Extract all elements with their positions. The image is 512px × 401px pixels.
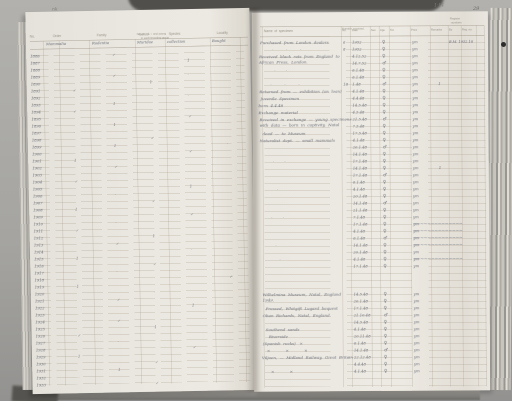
- tick-mark: 1: [192, 303, 194, 308]
- right-ledger-page: Name of specimen Number received. Regist…: [252, 11, 490, 391]
- initial-mark: ym: [413, 159, 419, 164]
- tick-mark: 1: [150, 80, 152, 85]
- date-entry: 20.11.48: [354, 334, 371, 339]
- remark-squiggle: ~~~~~~~~~~~~~~: [413, 256, 462, 261]
- specimen-number: 1929: [36, 355, 46, 360]
- right-corner-label-line1: Register: [450, 17, 460, 20]
- date-entry: 22.12.48: [354, 355, 371, 360]
- pencil-note-top-right: 1·14: [434, 3, 444, 8]
- initial-mark: ym: [412, 82, 418, 87]
- sex-symbol: ♀: [384, 320, 387, 325]
- subheader-entry: Rodentia: [92, 41, 109, 46]
- initial-mark: ym: [413, 194, 419, 199]
- sex-symbol: ♀: [383, 124, 386, 129]
- sex-symbol: ♀: [383, 194, 386, 199]
- date-entry: 4.12.52: [352, 54, 366, 59]
- tick-mark: ·: [188, 72, 189, 77]
- specimen-number: 1901: [32, 159, 42, 164]
- count-entry: 6: [343, 40, 345, 45]
- sex-symbol: ♀: [383, 264, 386, 269]
- date-entry: 4.1.48: [354, 327, 366, 332]
- sex-symbol: ♀: [382, 75, 385, 80]
- specimen-number: 1924: [35, 320, 45, 325]
- entry-note: · ·: [273, 160, 286, 165]
- tick-mark: ✓: [113, 73, 116, 78]
- date-entry: 14.1.48: [354, 348, 368, 353]
- tick-mark: 1: [77, 284, 79, 289]
- date-entry: 1.48: [352, 82, 360, 87]
- specimen-number: 1922: [35, 306, 45, 311]
- initial-mark: ym: [414, 313, 420, 318]
- sex-symbol: ♀: [382, 47, 385, 52]
- date-entry: 20.1.48: [353, 145, 367, 150]
- specimen-number: 1911: [34, 229, 44, 234]
- sex-symbol: ♀: [383, 215, 386, 220]
- initial-mark: ym: [412, 75, 418, 80]
- specimen-number: 1919: [35, 285, 45, 290]
- initial-mark: ym: [414, 334, 420, 339]
- sex-symbol: ♂: [383, 173, 387, 178]
- sex-symbol: ♀: [384, 292, 387, 297]
- column-header: No.: [30, 35, 35, 39]
- tick-mark: 1: [113, 101, 115, 106]
- column-header: Tot.: [390, 29, 394, 32]
- initial-mark: ym: [414, 320, 420, 325]
- initial-mark: ym: [414, 341, 420, 346]
- specimen-number: 1890: [31, 82, 41, 87]
- column-header: Remarks: [431, 29, 442, 32]
- register-number: B.M. 1952.18: [449, 39, 473, 44]
- specimen-number: 1893: [31, 103, 41, 108]
- specimen-number: 1912: [34, 236, 44, 241]
- specimen-number: 1915: [34, 257, 44, 262]
- tick-mark: 1: [75, 207, 77, 212]
- column-header: Locality: [217, 31, 228, 35]
- entry-note: Purchased from London dealers: [260, 40, 329, 45]
- tick-mark: ✓: [117, 297, 120, 302]
- sex-symbol: ♂: [382, 61, 386, 66]
- entry-note: born 4.4.48: [258, 104, 283, 109]
- sex-symbol: ♀: [384, 362, 387, 367]
- entry-note: Wilhelmina Museum, Natal, England: [263, 292, 342, 297]
- column-header: No.: [342, 29, 346, 32]
- tick-mark: ·: [227, 141, 228, 146]
- specimen-number: 1914: [34, 250, 44, 255]
- tick-mark: 1: [153, 234, 155, 239]
- date-entry: 17.5.48: [353, 131, 367, 136]
- left-ledger-page: No. of ♂ & ♀ and young in each breeding …: [25, 8, 256, 394]
- book-spine-shadow: [246, 8, 261, 392]
- sex-symbol: ♀: [382, 40, 385, 45]
- date-entry: 4.1.48: [353, 138, 365, 143]
- initial-mark: ym: [413, 264, 419, 269]
- sex-symbol: ♂: [383, 145, 387, 150]
- column-header: Age: [380, 29, 385, 32]
- tick-mark: ·: [115, 192, 116, 197]
- specimen-number: 1925: [35, 327, 45, 332]
- sex-symbol: ♂: [383, 236, 387, 241]
- date-entry: 17.1.48: [353, 159, 367, 164]
- subheader-entry: Bought: [212, 38, 226, 43]
- initial-mark: ym: [414, 369, 420, 374]
- sex-symbol: ♀: [383, 159, 386, 164]
- sex-symbol: ♀: [383, 208, 386, 213]
- sex-symbol: ♀: [383, 180, 386, 185]
- tick-mark: ✓: [112, 52, 115, 57]
- sex-symbol: ♀: [382, 103, 385, 108]
- specimen-number: 1921: [35, 299, 45, 304]
- specimen-number: 1895: [31, 117, 41, 122]
- specimen-number: 1920: [35, 292, 45, 297]
- entry-note: ·: [275, 244, 276, 249]
- specimen-number: 1904: [33, 180, 43, 185]
- column-header: Date: [352, 29, 358, 32]
- date-entry: 14.1.48: [353, 201, 367, 206]
- tick-mark: ·: [72, 67, 73, 72]
- entry-note: ·: [277, 188, 278, 193]
- sex-symbol: ♀: [383, 257, 386, 262]
- initial-mark: ym: [413, 166, 419, 171]
- column-header: Order: [53, 35, 61, 39]
- tick-mark: ·: [77, 312, 78, 317]
- entry-note: ·: [279, 258, 280, 263]
- tick-mark: ·: [188, 93, 189, 98]
- initial-mark: ym: [412, 47, 418, 52]
- specimen-number: 1926: [36, 334, 46, 339]
- specimen-number: 1892: [31, 96, 41, 101]
- right-row-rules: [261, 35, 487, 386]
- initial-mark: ym: [413, 173, 419, 178]
- date-entry: 21.1.48: [353, 208, 367, 213]
- initial-mark: ym: [412, 110, 418, 115]
- date-entry: 1952: [352, 40, 362, 45]
- tick-mark: 1: [76, 256, 78, 261]
- initial-mark: ym: [413, 145, 419, 150]
- sex-symbol: ♂: [382, 82, 386, 87]
- entry-note: Riverside: [269, 335, 288, 340]
- entry-note: with data — born in captivity, Natal: [260, 123, 340, 128]
- tick-mark: 1: [154, 325, 156, 330]
- tick-mark: ·: [116, 269, 117, 274]
- specimen-number: 1905: [33, 187, 43, 192]
- entry-note: Juvenile Specimen: [260, 96, 299, 101]
- specimen-number: 1899: [32, 145, 42, 150]
- specimen-number: 1888: [30, 68, 40, 73]
- date-entry: 14.5.48: [352, 103, 366, 108]
- tick-mark: ·: [78, 375, 79, 380]
- entry-note: · ·: [274, 69, 287, 74]
- date-entry: 14.5.48: [354, 320, 368, 325]
- column-header: Price: [411, 29, 417, 32]
- entry-note: Returned from — exhibition (on loan): [259, 89, 341, 95]
- initial-mark: ym: [413, 180, 419, 185]
- sex-symbol: ♀: [383, 222, 386, 227]
- initial-mark: ym: [414, 348, 420, 353]
- entry-note: 1949.: [263, 298, 274, 303]
- date-entry: 17.1.48: [353, 173, 367, 178]
- sex-symbol: ♀: [383, 138, 386, 143]
- entry-note: × ×: [271, 369, 293, 374]
- date-entry: 14.7.52: [352, 61, 366, 66]
- specimen-number: 1909: [33, 215, 43, 220]
- tally-entry: 1: [439, 166, 441, 171]
- initial-mark: ym: [414, 362, 420, 367]
- sex-symbol: ♀: [384, 327, 387, 332]
- date-entry: 14.1.48: [353, 166, 367, 171]
- tick-mark: ✓: [155, 360, 158, 365]
- sex-symbol: ♀: [382, 96, 385, 101]
- initial-mark: ym: [412, 40, 418, 45]
- date-entry: 6.1.48: [354, 341, 366, 346]
- sex-symbol: ♀: [382, 68, 385, 73]
- specimen-number: 1886: [30, 54, 40, 59]
- tick-mark: ✓: [193, 345, 196, 350]
- date-entry: 20.1.48: [354, 299, 368, 304]
- date-entry: 6.1.48: [353, 236, 365, 241]
- initial-mark: ym: [413, 152, 419, 157]
- tick-mark: 1: [74, 158, 76, 163]
- tick-mark: ·: [150, 108, 151, 113]
- tick-mark: ✓: [75, 179, 78, 184]
- tick-mark: ·: [74, 130, 75, 135]
- sex-symbol: ♀: [384, 334, 387, 339]
- initial-mark: ym: [412, 61, 418, 66]
- tick-mark: ✓: [152, 199, 155, 204]
- tick-mark: ✓: [73, 109, 76, 114]
- tick-mark: ✓: [153, 262, 156, 267]
- tick-mark: ✓: [190, 212, 193, 217]
- date-entry: 6.1.48: [352, 68, 364, 73]
- initial-mark: ym: [414, 299, 420, 304]
- initial-mark: ym: [414, 306, 420, 311]
- right-page-content: Name of specimen Number received. Regist…: [252, 11, 490, 391]
- tick-mark: ✓: [114, 164, 117, 169]
- initial-mark: ym: [413, 138, 419, 143]
- entry-note: Pressed, Whitgift Lugard bequest: [266, 306, 338, 311]
- tick-mark: 1: [114, 143, 116, 148]
- date-entry: 4.1.48: [353, 229, 365, 234]
- column-header: Sex: [371, 29, 376, 32]
- subheader-entry: collection: [167, 39, 186, 44]
- sex-symbol: ♂: [383, 201, 387, 206]
- entry-note: (Spanish rocks) ×: [263, 341, 303, 346]
- tick-mark: ✓: [76, 228, 79, 233]
- date-entry: 4.1.48: [353, 257, 365, 262]
- tick-mark: ✓: [189, 149, 192, 154]
- tick-mark: ✓: [188, 114, 191, 119]
- sex-symbol: ♀: [383, 250, 386, 255]
- tick-mark: ✓: [155, 381, 158, 386]
- initial-mark: ym: [412, 89, 418, 94]
- tick-mark: ✓: [117, 318, 120, 323]
- entry-note: African Press, London.: [259, 60, 308, 65]
- specimen-number: 1897: [32, 131, 42, 136]
- date-entry: 17.1.48: [353, 222, 367, 227]
- date-entry: 14.1.48: [353, 152, 367, 157]
- entry-note: Naturalist dept. — small mammals: [260, 138, 335, 143]
- tick-mark: ✓: [116, 241, 119, 246]
- date-entry: 4.4.48: [352, 96, 364, 101]
- specimen-number: 1887: [30, 61, 40, 66]
- specimen-number: 1907: [33, 201, 43, 206]
- tick-mark: ✓: [229, 274, 232, 279]
- sex-symbol: ♀: [383, 187, 386, 192]
- specimen-number: 1900: [32, 152, 42, 157]
- sex-symbol: ♀: [383, 229, 386, 234]
- date-entry: 4.5.48: [352, 110, 364, 115]
- date-entry: 4.1.48: [354, 369, 366, 374]
- right-corner-label-line2: numbers: [451, 21, 462, 24]
- entry-note: Oban Richards, Natal, England.: [263, 313, 331, 318]
- sex-symbol: ♀: [383, 131, 386, 136]
- sex-symbol: ♀: [384, 369, 387, 374]
- date-entry: 6.1.48: [353, 180, 365, 185]
- initial-mark: ym: [413, 250, 419, 255]
- tick-mark: ·: [118, 339, 119, 344]
- remark-squiggle: ~~~~~~~~~~~~~~: [413, 221, 462, 226]
- initial-mark: ym: [412, 117, 418, 122]
- specimen-number: 1918: [34, 278, 44, 283]
- initial-mark: ym: [413, 187, 419, 192]
- specimen-number: 1932: [36, 376, 46, 381]
- remark-squiggle: ~~~~~~~~~~~~~~: [413, 242, 462, 247]
- column-header: By: [449, 29, 452, 32]
- sex-symbol: ♀: [384, 355, 387, 360]
- tick-mark: ·: [115, 220, 116, 225]
- entry-note: × × ×: [267, 348, 308, 353]
- date-entry: 21.5.48: [352, 117, 366, 122]
- tick-mark: 1: [187, 58, 189, 63]
- sex-symbol: ♀: [384, 299, 387, 304]
- date-entry: 6.1.48: [352, 75, 364, 80]
- tally-entry: 1: [438, 82, 440, 87]
- specimen-number: 1910: [33, 222, 43, 227]
- initial-mark: ym: [412, 54, 418, 59]
- entry-note: Viljoen, — Midland Railway, Great Britai…: [262, 355, 353, 361]
- specimen-number: 1889: [31, 75, 41, 80]
- specimen-number: 1891: [31, 89, 41, 94]
- specimen-number: 1931: [36, 369, 46, 374]
- initial-mark: ym: [412, 68, 418, 73]
- date-entry: 4.1.48: [353, 187, 365, 192]
- tick-mark: ✓: [78, 333, 81, 338]
- sex-symbol: ♀: [384, 306, 387, 311]
- sex-symbol: ♀: [382, 89, 385, 94]
- column-header: Reg. no.: [462, 28, 472, 31]
- specimen-number: 1898: [32, 138, 42, 143]
- date-entry: 20.1.48: [353, 194, 367, 199]
- initial-mark: ym: [413, 124, 419, 129]
- left-page-content: No. of ♂ & ♀ and young in each breeding …: [25, 8, 256, 394]
- date-entry: 14.1.48: [353, 243, 367, 248]
- sex-symbol: ♀: [383, 152, 386, 157]
- initial-mark: ym: [414, 292, 420, 297]
- right-header-rule-1: [260, 25, 484, 27]
- entry-note: · · ·: [272, 47, 301, 52]
- entry-note: dead — to Museum: [263, 131, 306, 136]
- date-entry: 21.10.48: [354, 313, 371, 318]
- sex-symbol: ♀: [382, 110, 385, 115]
- specimen-number: 1917: [34, 271, 44, 276]
- tick-mark: ✓: [73, 88, 76, 93]
- initial-mark: ym: [412, 96, 418, 101]
- tick-mark: 1: [118, 367, 120, 372]
- specimen-number: 1903: [32, 173, 42, 178]
- initial-mark: ym: [414, 355, 420, 360]
- sex-symbol: ♂: [384, 313, 388, 318]
- specimen-number: 1906: [33, 194, 43, 199]
- specimen-number: 1930: [36, 362, 46, 367]
- sex-symbol: ♂: [384, 348, 388, 353]
- specimen-number: 1902: [32, 166, 42, 171]
- specimen-number: 1896: [32, 124, 42, 129]
- specimen-number: 1928: [36, 348, 46, 353]
- count-entry: 18: [343, 82, 348, 87]
- sex-symbol: ♂: [382, 117, 386, 122]
- initial-mark: ym: [413, 215, 419, 220]
- date-entry: 4.4.48: [354, 362, 366, 367]
- specimen-number: 1923: [35, 313, 45, 318]
- scanned-register-spread: No. of ♂ & ♀ and young in each breeding …: [0, 0, 512, 401]
- tick-mark: ·: [191, 247, 192, 252]
- sex-symbol: ♀: [382, 54, 385, 59]
- remark-squiggle: ~~~~~~~~~~~~~~: [413, 228, 462, 233]
- specimen-number: 1927: [36, 341, 46, 346]
- sex-symbol: ♀: [383, 243, 386, 248]
- tick-mark: ·: [151, 171, 152, 176]
- initial-mark: ym: [414, 327, 420, 332]
- date-entry: 4.1.48: [352, 89, 364, 94]
- initial-mark: ym: [413, 208, 419, 213]
- entry-note: Southend sands: [266, 327, 300, 332]
- initial-mark: ym: [413, 201, 419, 206]
- column-header: Species: [169, 32, 181, 36]
- tick-mark: ·: [154, 290, 155, 295]
- date-entry: 20.1.48: [353, 250, 367, 255]
- specimen-number: 1894: [31, 110, 41, 115]
- entry-note: Exchange material: [258, 110, 297, 115]
- initial-mark: ym: [413, 131, 419, 136]
- column-header: Family: [97, 34, 107, 38]
- subheader-entry: Muridae: [137, 40, 153, 45]
- entry-note: · · ·: [270, 82, 299, 87]
- right-name-column-header: Name of specimen: [264, 29, 293, 33]
- column-header: Genus: [139, 33, 149, 37]
- specimen-number: 1916: [34, 264, 44, 269]
- initial-mark: ym: [412, 103, 418, 108]
- date-entry: 17.1.48: [353, 264, 367, 269]
- tick-mark: 1: [113, 122, 115, 127]
- specimen-number: 1913: [34, 243, 44, 248]
- date-entry: 14.5.48: [354, 292, 368, 297]
- date-entry: 7.1.48: [353, 215, 365, 220]
- count-entry: 8: [343, 47, 345, 52]
- tick-mark: 1: [190, 184, 192, 189]
- specimen-number: 1908: [33, 208, 43, 213]
- date-entry: 17.1.48: [354, 306, 368, 311]
- subheader-entry: Mammalia: [46, 41, 66, 46]
- sex-symbol: ♀: [384, 341, 387, 346]
- sex-symbol: ♀: [383, 166, 386, 171]
- remark-squiggle: ~~~~~~~~~~~~~~: [413, 235, 462, 240]
- tick-mark: 1: [78, 354, 80, 359]
- date-entry: 7.5.48: [353, 124, 365, 129]
- tick-mark: ✓: [151, 136, 154, 141]
- entry-note: · ·: [271, 216, 284, 221]
- specimen-number: 1933: [36, 383, 46, 388]
- date-entry: 1952: [352, 47, 362, 52]
- entry-note: Received black rats from England to: [259, 54, 340, 59]
